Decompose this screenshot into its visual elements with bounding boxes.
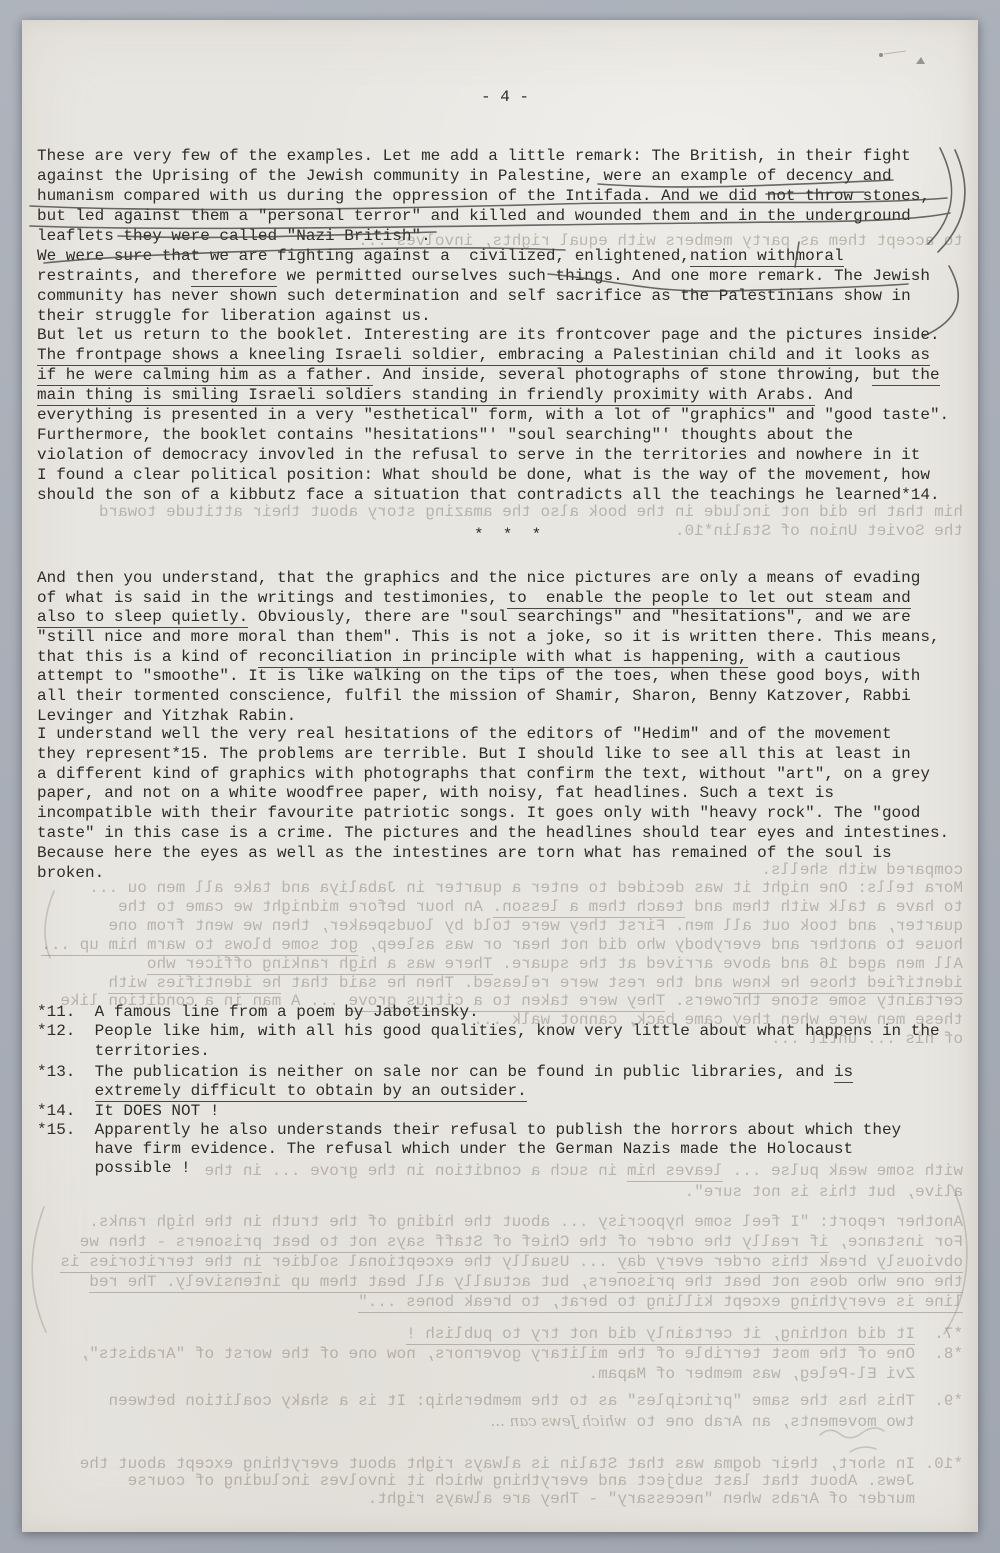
text-line: have firm evidence. The refusal which un… <box>37 1140 853 1159</box>
footnote-13: *13. The publication is neither on sale … <box>37 1063 853 1082</box>
text-line: incompatible with their favourite patrio… <box>37 804 920 823</box>
text-line: also to sleep quietly. Obviously, there … <box>37 608 911 627</box>
text-line: their struggle for liberation against us… <box>37 307 431 326</box>
text-line: "still nice and more moral than them". T… <box>37 628 940 647</box>
text-line: they represent*15. The problems are terr… <box>37 745 911 764</box>
text-line: violation of democracy invovled in the r… <box>37 446 920 465</box>
text-line: restraints, and therefore we permitted o… <box>37 267 930 286</box>
text-line: Levinger and Yitzhak Rabin. <box>37 707 296 726</box>
text-line: against the Uprising of the Jewish commu… <box>37 167 892 186</box>
text-line: leaflets they were called "Nazi British"… <box>37 227 431 246</box>
text-line: if he were calming him as a father. And … <box>37 366 940 385</box>
text-line: I found a clear political position: What… <box>37 466 930 485</box>
section-separator: * * * <box>474 526 541 545</box>
text-line: But let us return to the booklet. Intere… <box>37 326 940 345</box>
footnote-12: *12. People like him, with all his good … <box>37 1022 940 1041</box>
text-line: that this is a kind of reconciliation in… <box>37 648 901 667</box>
text-line: taste" in this case is a crime. The pict… <box>37 824 949 843</box>
text-line: We were sure that we are fighting agains… <box>37 247 844 266</box>
text-line: Because here the eyes as well as the int… <box>37 844 892 863</box>
text-line: but led against them a "personal terror"… <box>37 207 911 226</box>
text-line: Furthermore, the booklet contains "hesit… <box>37 426 853 445</box>
text-line: main thing is smiling Israeli soldiers s… <box>37 386 853 405</box>
typewritten-text-layer: - 4 -These are very few of the examples.… <box>37 20 963 1532</box>
text-line: attempt to "smoothe". It is like walking… <box>37 667 920 686</box>
text-line: community has never shown such determina… <box>37 287 911 306</box>
footnote-14: *14. It DOES NOT ! <box>37 1102 219 1121</box>
document-page: to accept them as party members with equ… <box>22 20 978 1532</box>
text-line: I understand well the very real hesitati… <box>37 725 892 744</box>
text-line: humanism compared with us during the opp… <box>37 187 930 206</box>
footnote-11: *11. A famous line from a poem by Jaboti… <box>37 1003 479 1022</box>
text-line: everything is presented in a very "esthe… <box>37 406 949 425</box>
text-line: And then you understand, that the graphi… <box>37 569 920 588</box>
text-line: territories. <box>37 1042 210 1061</box>
text-line: paper, and not on a white woodfree paper… <box>37 784 834 803</box>
text-line: broken. <box>37 864 104 883</box>
text-line: possible ! <box>37 1159 191 1178</box>
footnote-15: *15. Apparently he also understands thei… <box>37 1121 901 1140</box>
text-line: The frontpage shows a kneeling Israeli s… <box>37 346 930 365</box>
scanned-document-background: { "page": { "number_label": "- 4 -" }, "… <box>0 0 1000 1553</box>
text-line: extremely difficult to obtain by an outs… <box>37 1082 527 1101</box>
text-line: These are very few of the examples. Let … <box>37 147 911 166</box>
page-number: - 4 - <box>481 88 529 107</box>
text-line: should the son of a kibbutz face a situa… <box>37 486 940 505</box>
text-line: all their tormented conscience, fulfil t… <box>37 687 911 706</box>
text-line: a different kind of graphics with photog… <box>37 765 930 784</box>
text-line: of what is said in the writings and test… <box>37 589 911 608</box>
